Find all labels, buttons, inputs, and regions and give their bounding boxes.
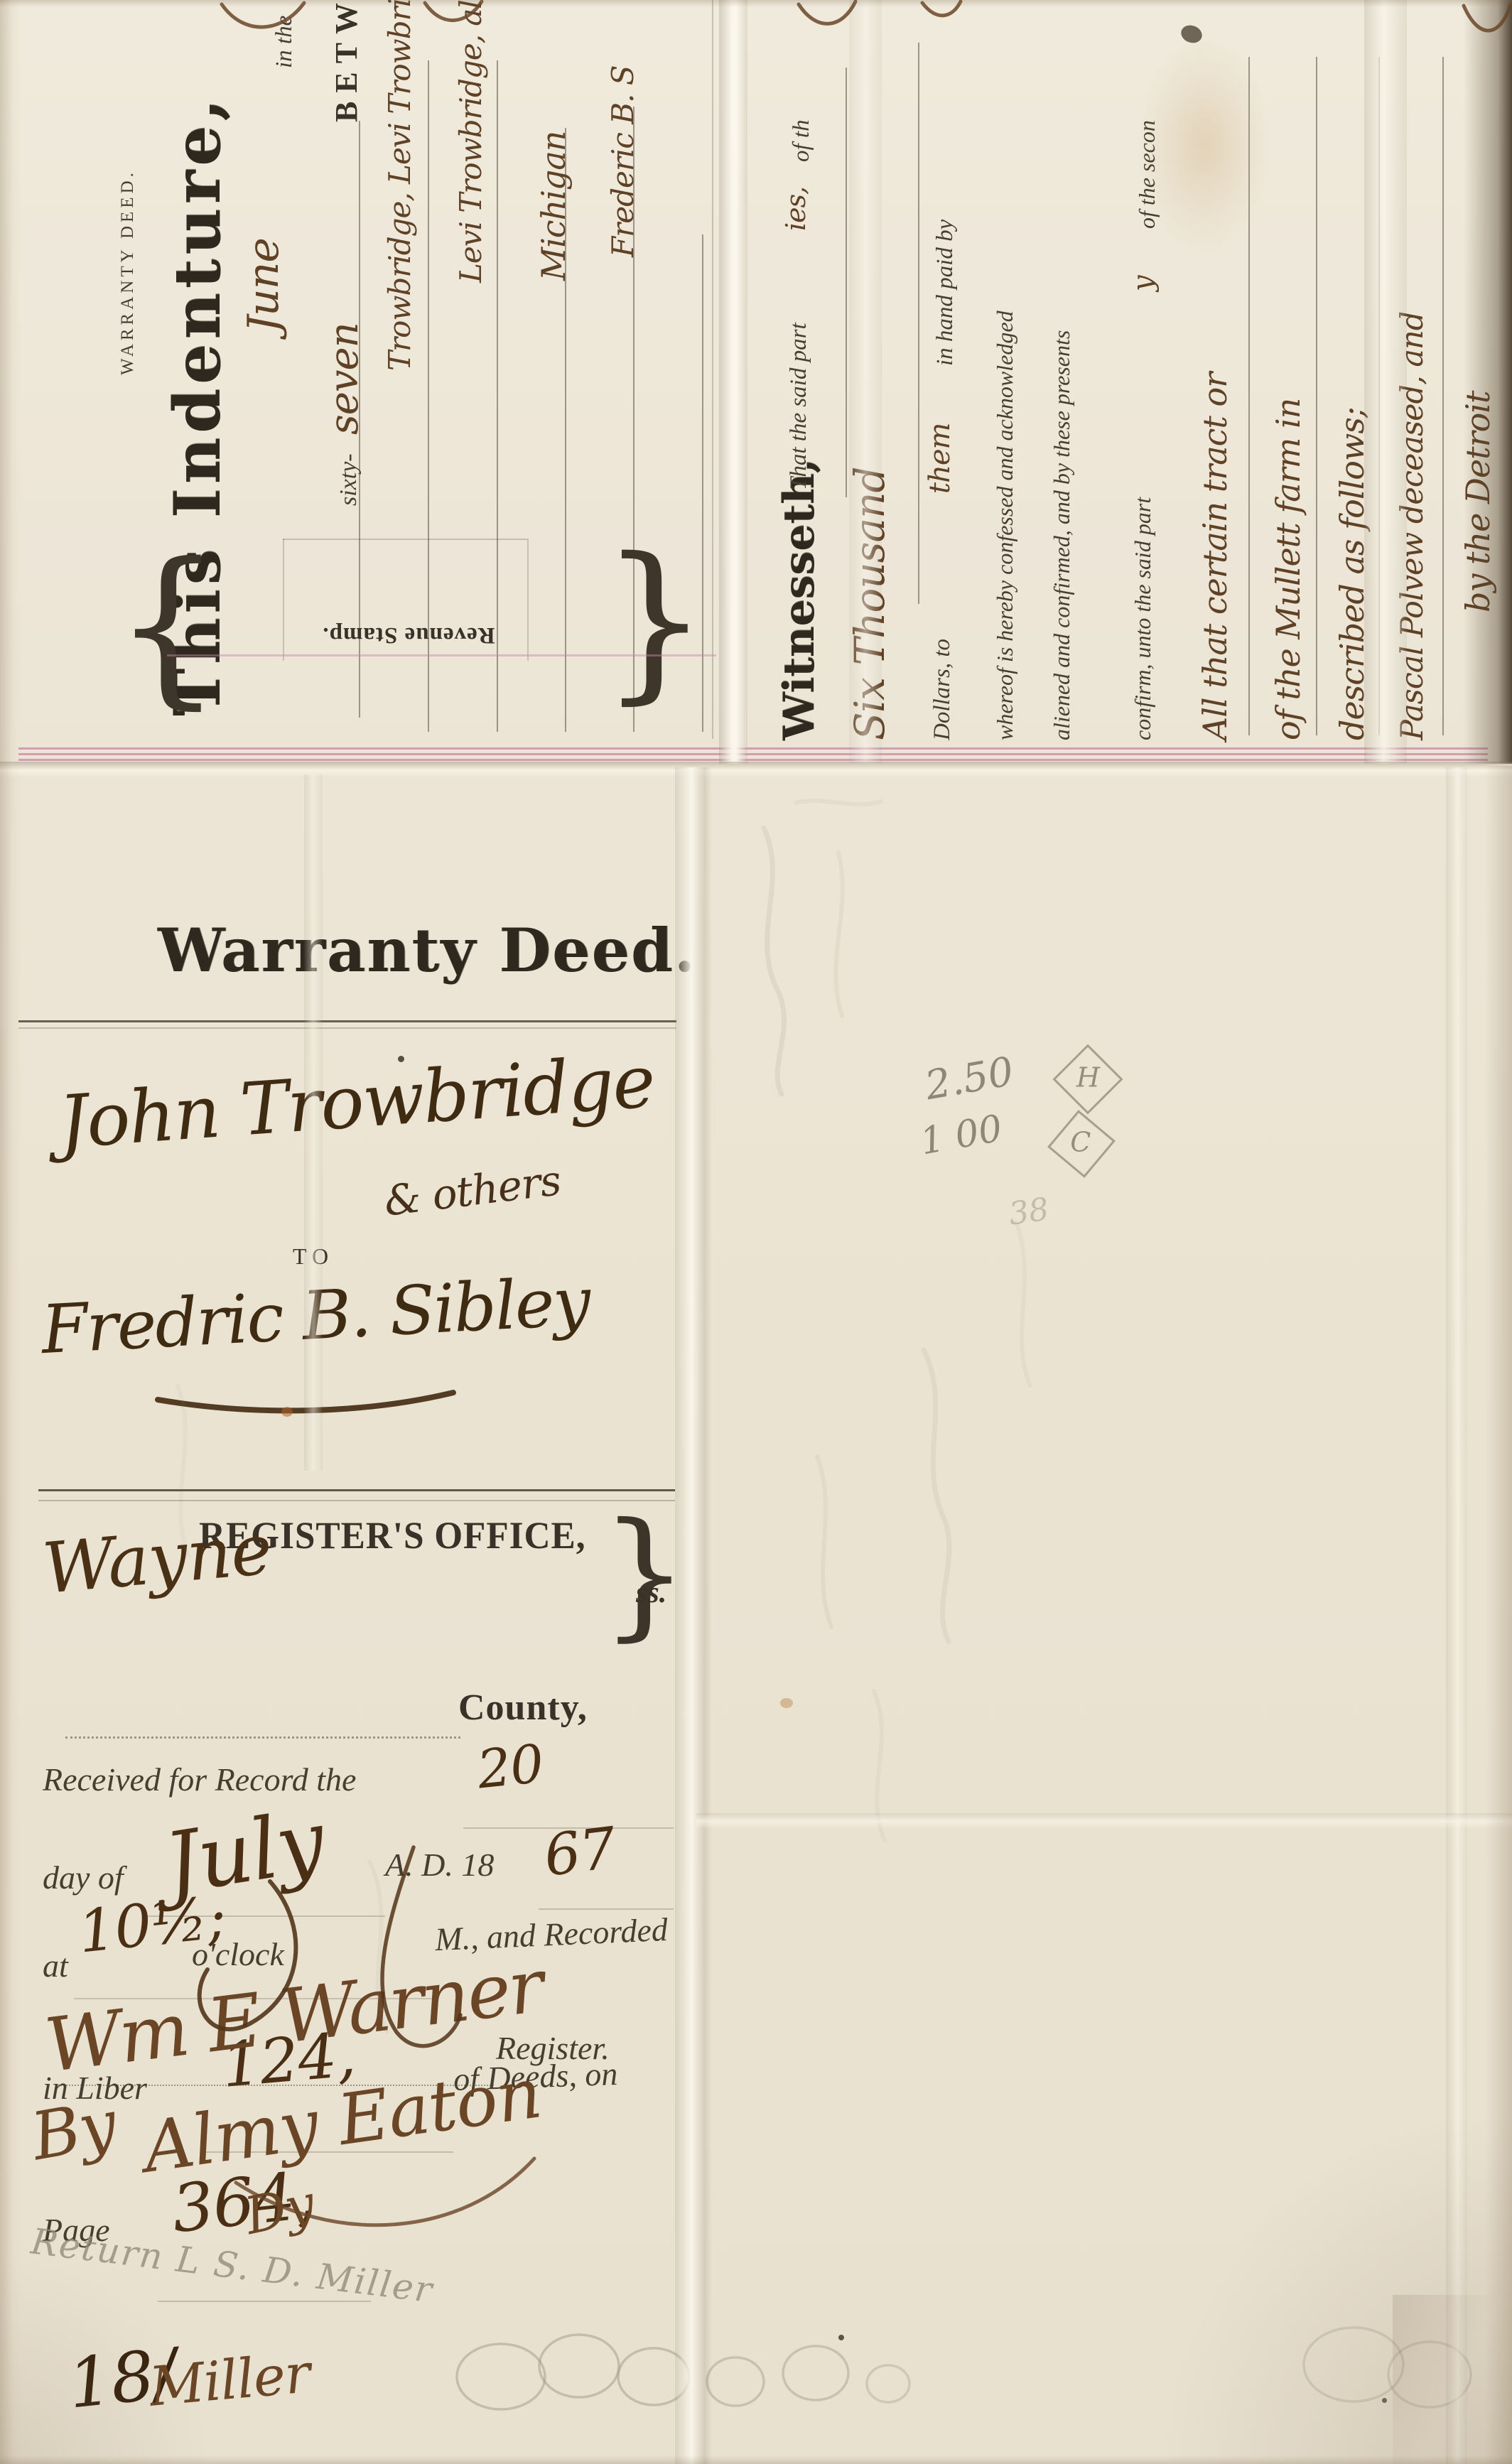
confirm-unto-print: confirm, unto the said part [1130, 294, 1167, 740]
deputy-title-handwriting: Dy [239, 2173, 319, 2246]
pencil-amount-1: 2.50 [922, 1049, 1017, 1110]
grantors-handwriting-2: Levi Trowbridge, all [453, 18, 506, 283]
stain [1137, 36, 1272, 256]
day-number-handwriting: 20 [475, 1733, 546, 1800]
heading-rule [18, 1020, 676, 1022]
whereof-print: whereof is hereby confessed and acknowle… [992, 0, 1029, 740]
seven-handwriting: seven [321, 282, 378, 435]
revenue-stamp-box-edge [283, 539, 284, 661]
pencil-diamond-tag-2: C [1047, 1110, 1116, 1178]
pencil-tag-letter: C [1070, 1127, 1091, 1158]
revenue-stamp-brace-left-icon: { [114, 536, 222, 714]
county-handwriting: Wayne [40, 1509, 275, 1610]
corner-shadow [1157, 2109, 1512, 2464]
fold-sheet-edge [0, 762, 1512, 777]
revenue-stamp-label: Revenue Stamp. [306, 612, 512, 648]
grantor-etal: & others [382, 1156, 563, 1226]
year-handwriting: 67 [541, 1815, 619, 1888]
county-label: County, [458, 1687, 588, 1729]
dollars-to-print: Dollars, to [929, 504, 966, 740]
grantee-handwriting-top: Frederic B. S [605, 0, 658, 257]
center-fold-crease [719, 0, 747, 764]
pink-margin-rule [18, 753, 1488, 755]
between-print: BETWEEN [328, 0, 372, 122]
in-the-print: in the [271, 0, 301, 68]
them-handwriting: them [924, 372, 963, 494]
fold-crease [1364, 0, 1407, 764]
revenue-stamp-box-edge [283, 539, 527, 540]
office-rule [38, 1489, 675, 1491]
at-text: at [43, 1947, 68, 1984]
form-rule-line [918, 43, 919, 604]
speck [838, 2335, 844, 2340]
page-edge-left [0, 0, 21, 2464]
form-margin-rule [712, 0, 713, 739]
warranty-deed-side-label: WARRANTY DEED. [118, 190, 144, 375]
blank-line [65, 1736, 460, 1739]
by-handwriting: By [26, 2086, 121, 2176]
fold-crease [304, 774, 323, 1471]
revenue-stamp-brace-right-icon: } [600, 531, 709, 709]
ad-18-text: A. D. 18 [385, 1846, 494, 1884]
y-handwriting: y [1127, 234, 1162, 291]
corner-shadow [0, 2251, 213, 2464]
horizontal-crease [696, 1813, 1512, 1829]
sixty-print: sixty- [335, 428, 369, 506]
in-hand-paid-print: in hand paid by [932, 0, 968, 366]
grantor-name: John Trowbridge [56, 1039, 657, 1165]
ss-label: ss. [636, 1576, 666, 1610]
aliened-print: aliened and confirmed, and by these pres… [1049, 0, 1086, 740]
ies-handwriting: ies, [780, 166, 819, 231]
office-rule [38, 1500, 675, 1501]
pink-margin-rule [18, 747, 1488, 750]
deed-form-folded-section: WARRANTY DEED. This Indenture, June in t… [0, 0, 1512, 764]
center-fold-crease [675, 767, 712, 2464]
grantors-handwriting-3: Michigan [534, 110, 588, 281]
day-of-text: day of [43, 1859, 124, 1896]
heading-rule [18, 1027, 676, 1029]
fold-crease [849, 0, 882, 764]
pink-margin-rule [167, 654, 716, 656]
stain [780, 1698, 793, 1708]
grantors-handwriting-1: Trowbridge, Levi Trowbrid [382, 0, 435, 371]
pencil-faint-number: 38 [1007, 1191, 1052, 1232]
pencil-amount-2: 1 00 [917, 1107, 1005, 1163]
docket-heading: Warranty Deed. [158, 915, 696, 985]
month-handwriting: June [239, 215, 298, 333]
pencil-tag-letter: H [1076, 1062, 1100, 1093]
pencil-diamond-tag-1: H [1053, 1044, 1123, 1115]
of-the-print: of th [789, 68, 823, 162]
stain [281, 1407, 293, 1417]
blank-line [539, 1908, 674, 1910]
that-said-part-print: That the said part [786, 233, 824, 490]
witnesseth-title: Witnesseth, [774, 488, 844, 740]
page-edge-top [0, 0, 1512, 7]
revenue-stamp-box-edge [527, 539, 529, 661]
scanned-warranty-deed: WARRANTY DEED. This Indenture, June in t… [0, 0, 1512, 2464]
speck [398, 1056, 404, 1062]
oclock-text: o'clock [192, 1935, 284, 1973]
mullett-farm-handwriting: of the Mullett farm in [1269, 0, 1326, 740]
pink-margin-rule [18, 759, 1488, 761]
page-edge-shadow [1464, 0, 1512, 764]
